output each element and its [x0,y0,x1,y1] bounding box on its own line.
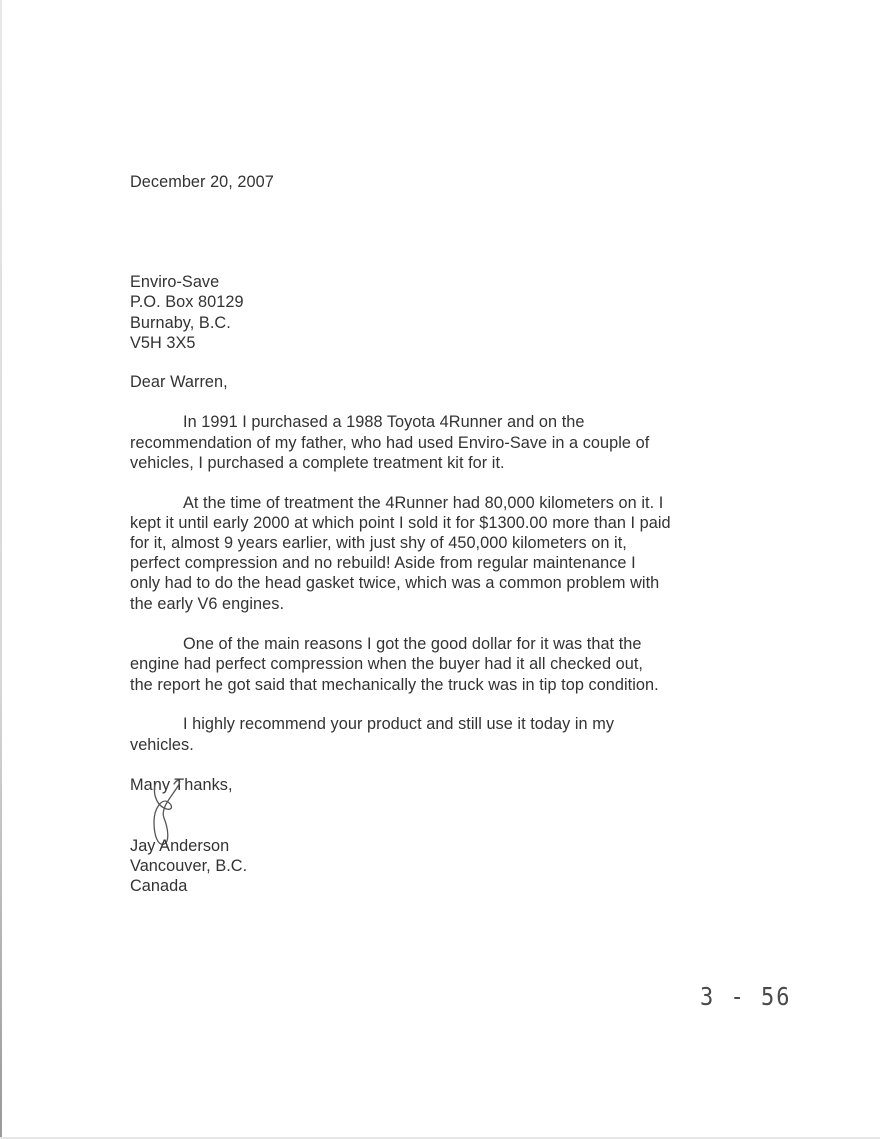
paragraph-2-line-1: At the time of treatment the 4Runner had… [183,493,663,514]
letter-page: December 20, 2007 Enviro-Save P.O. Box 8… [0,0,880,1139]
paragraph-3-line-3: the report he got said that mechanically… [130,675,659,696]
sender-city: Vancouver, B.C. [130,856,247,877]
recipient-city: Burnaby, B.C. [130,313,231,334]
paragraph-2-line-6: the early V6 engines. [130,594,284,615]
paragraph-3-line-1: One of the main reasons I got the good d… [183,634,642,655]
sender-name: Jay Anderson [130,836,229,857]
paragraph-4-line-2: vehicles. [130,735,194,756]
paragraph-1-line-1: In 1991 I purchased a 1988 Toyota 4Runne… [183,412,585,433]
paragraph-1-line-2: recommendation of my father, who had use… [130,433,649,454]
letter-date: December 20, 2007 [130,172,274,193]
sender-country: Canada [130,876,187,897]
paragraph-4-line-1: I highly recommend your product and stil… [183,714,614,735]
paragraph-2-line-4: perfect compression and no rebuild! Asid… [130,553,636,574]
paragraph-2-line-3: for it, almost 9 years earlier, with jus… [130,533,627,554]
paragraph-2-line-2: kept it until early 2000 at which point … [130,513,671,534]
page-number: 3 - 56 [700,983,791,1012]
recipient-name: Enviro-Save [130,272,219,293]
paragraph-3-line-2: engine had perfect compression when the … [130,654,643,675]
scan-edge-left [0,0,2,1139]
recipient-postal-code: V5H 3X5 [130,333,196,354]
paragraph-2-line-5: only had to do the head gasket twice, wh… [130,573,659,594]
paragraph-1-line-3: vehicles, I purchased a complete treatme… [130,453,505,474]
closing: Many Thanks, [130,775,233,796]
salutation: Dear Warren, [130,372,228,393]
recipient-po-box: P.O. Box 80129 [130,292,244,313]
